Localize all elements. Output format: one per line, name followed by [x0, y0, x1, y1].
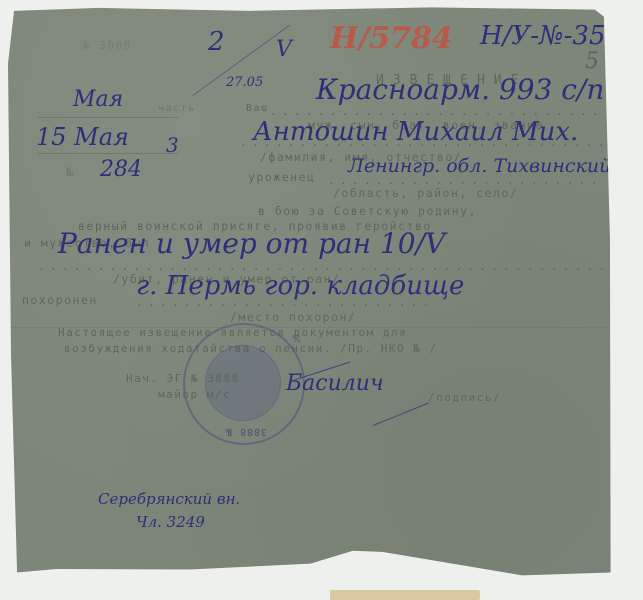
blue-archive-number: Н/У-№-35 [480, 21, 605, 51]
stamp-number: 3888 № [225, 426, 267, 437]
unit-stamp-number: № 3008 [83, 39, 132, 52]
cause-of-death-handwritten: Ранен и умер от ран 10/V [58, 227, 445, 260]
field-prefix-native: уроженец [248, 170, 315, 184]
margin-digit: 5 [585, 49, 599, 74]
number-handwritten: 284 [100, 157, 142, 182]
dotted-leader: ............................... [270, 104, 640, 118]
field-rank-unit: Красноарм. 993 с/п [316, 73, 604, 106]
annotation-number-2: 2 [208, 27, 225, 57]
annotation-date: 27.05 [226, 75, 263, 90]
header-rule [38, 117, 178, 118]
caption-burial: /место похорон/ [230, 310, 356, 324]
annotation-mark: V [276, 37, 292, 62]
dotted-leader-3: ....................... [328, 173, 602, 187]
body-line-1: в бою за Советскую родину, [258, 204, 477, 218]
burial-place-handwritten: г. Пермь гор. кладбище [136, 271, 464, 301]
bottom-note-line-1: Серебрянский вн. [98, 490, 240, 508]
dotted-leader-2: .................................. [240, 135, 643, 149]
signature-handwritten: Басилич [286, 371, 384, 396]
signature-title-line-1: Нач. ЭГ № 3888 [126, 372, 240, 385]
number-prefix: № [66, 165, 75, 179]
mounting-strip [330, 590, 480, 600]
bottom-note-line-2: Чл. 3249 [136, 513, 205, 531]
signature-tail [373, 403, 429, 427]
field-caption-region: /область, район, село/ [333, 186, 518, 200]
header-rule-2 [38, 153, 178, 154]
signature-caption: /подпись/ [428, 391, 501, 404]
signature-title-line-2: майор м/с [158, 388, 231, 401]
month-handwritten: Мая [73, 87, 123, 112]
red-archive-number: Н/5784 [330, 21, 453, 56]
unit-label: часть [158, 103, 196, 114]
field-prefix-vash: Ваш [246, 103, 269, 114]
buried-prefix: похоронен [22, 293, 98, 307]
document-paper: № 3008 2 V 27.05 Н/5784 Н/У-№-35 5 Мая ч… [8, 5, 613, 590]
date-handwritten: 15 Мая [36, 123, 129, 151]
stamp-edge-text: ЭГ [290, 333, 301, 345]
